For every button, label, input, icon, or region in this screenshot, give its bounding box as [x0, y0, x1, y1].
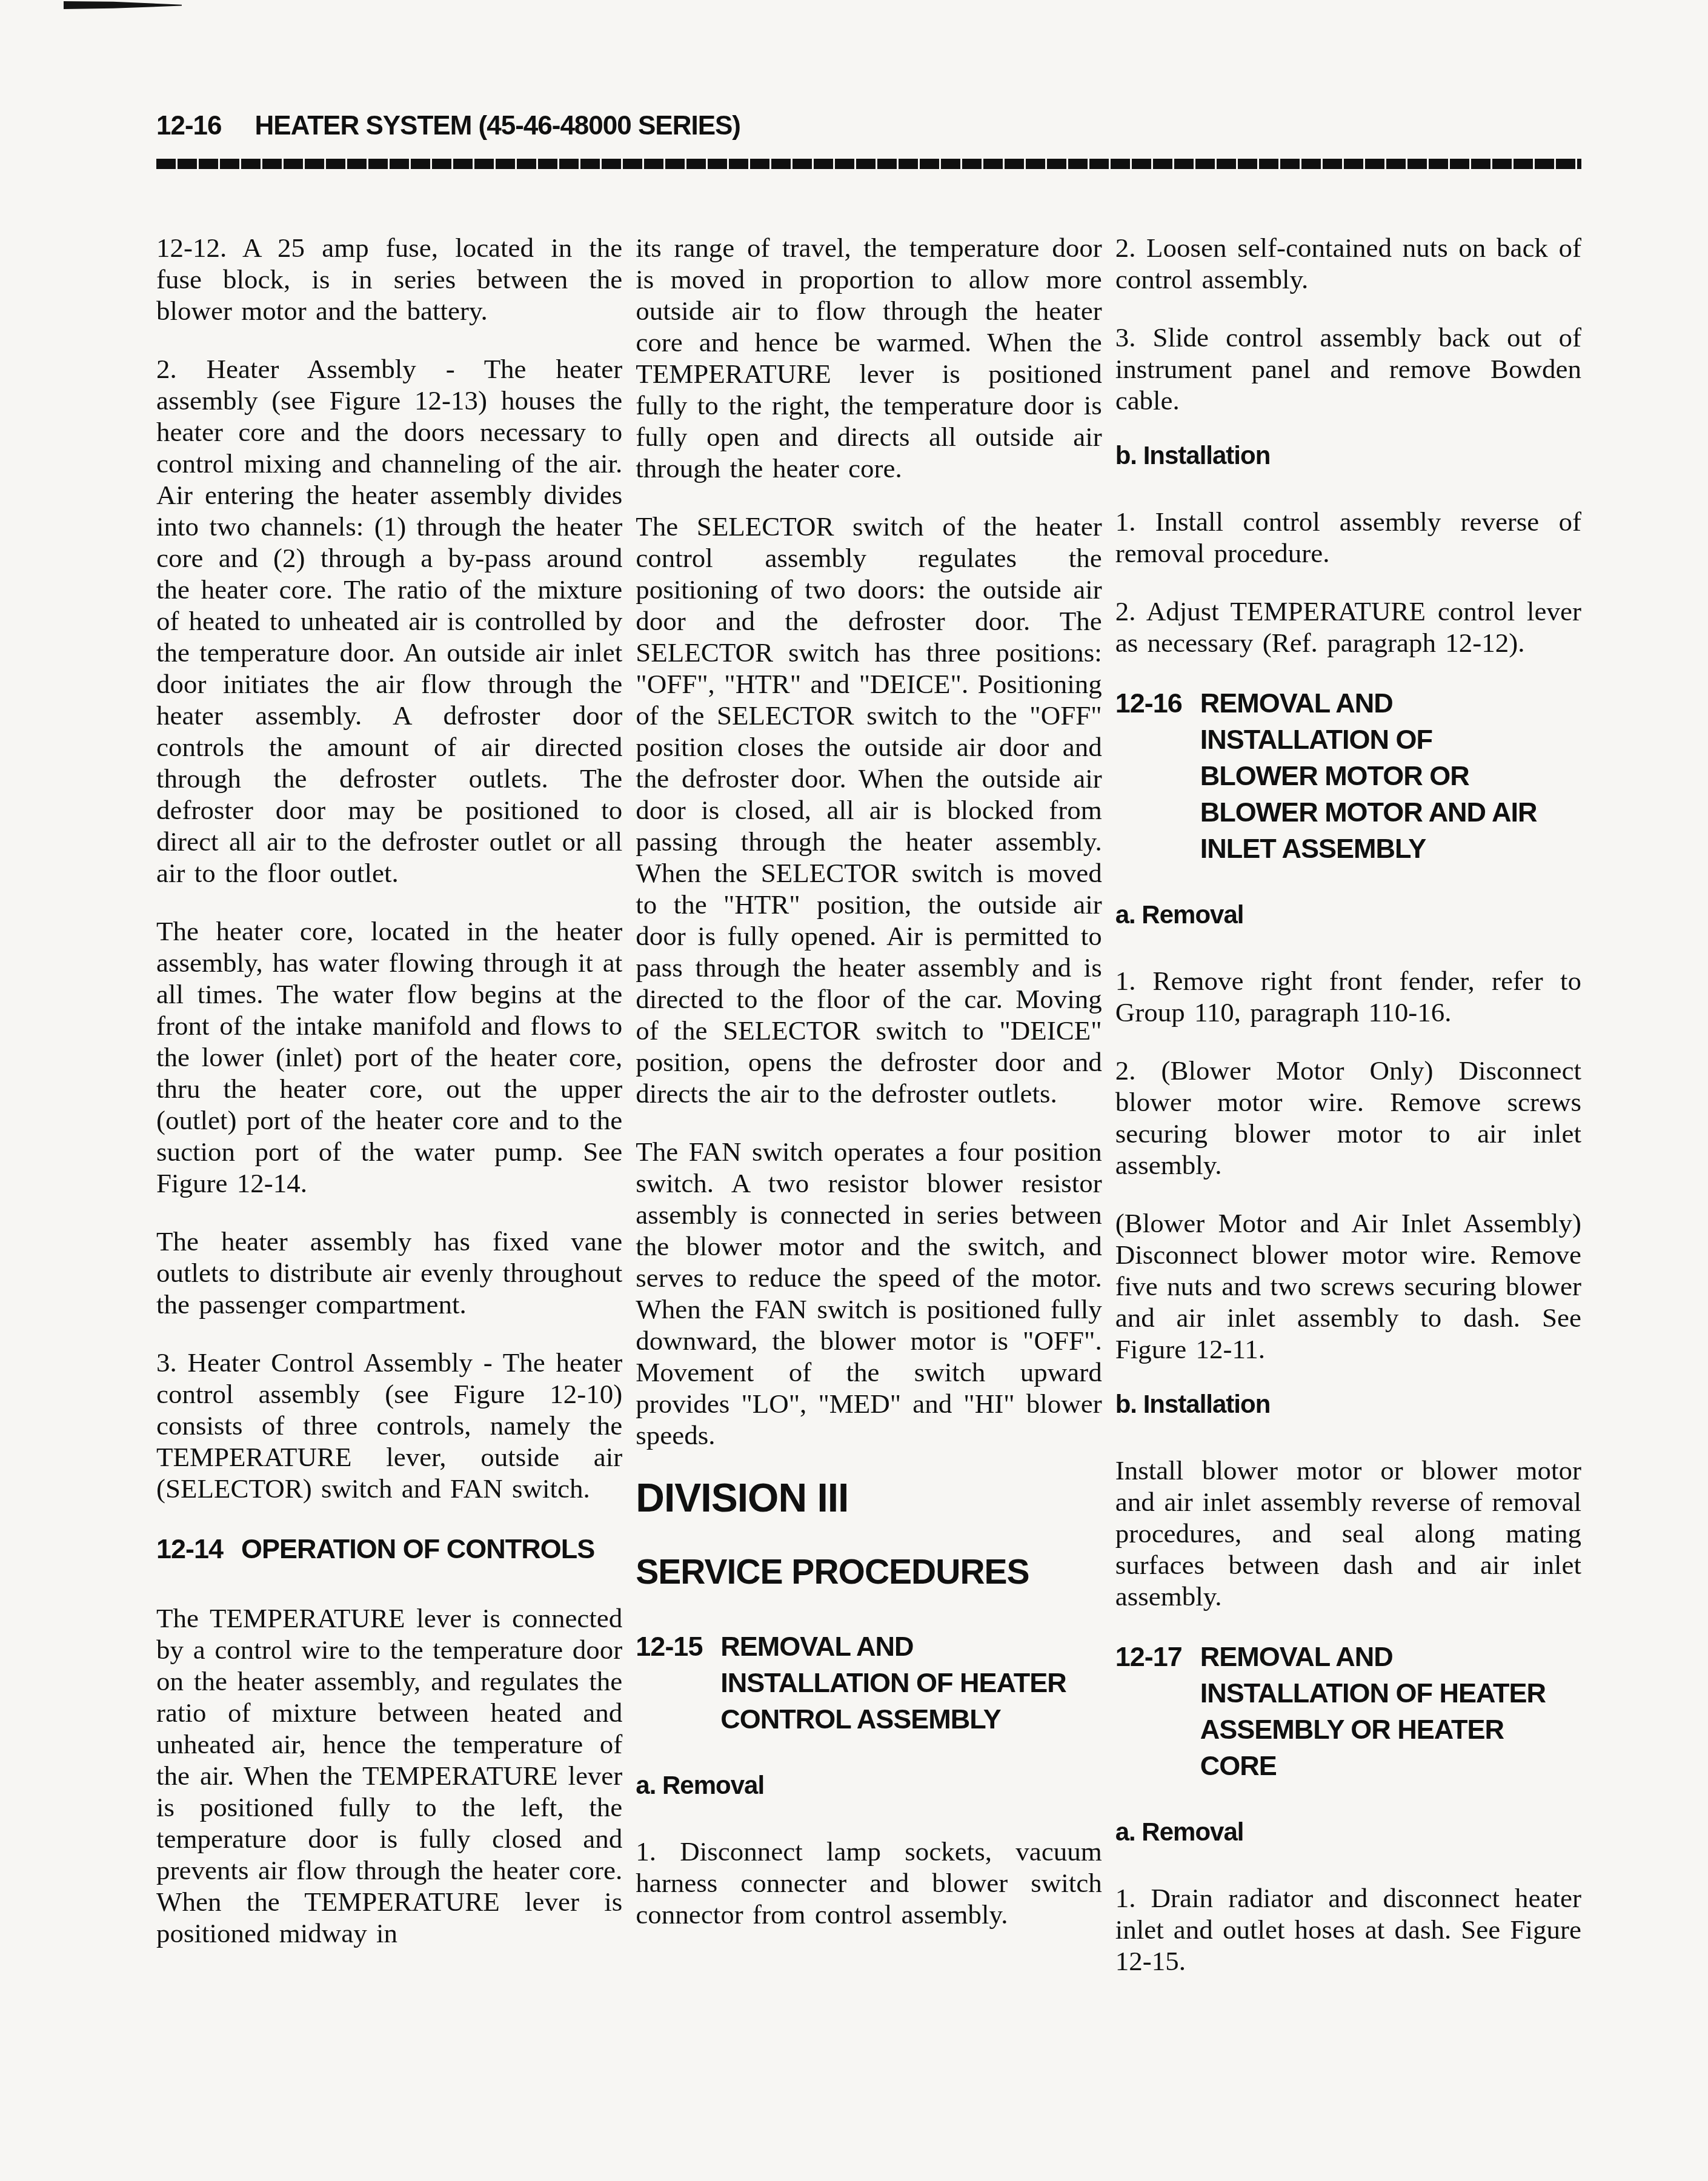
paragraph-selector-switch: The SELECTOR switch of the heater contro…	[636, 511, 1102, 1109]
page-title: HEATER SYSTEM (45-46-48000 SERIES)	[255, 111, 740, 141]
paragraph-disconnect-lamp-sockets: 1. Disconnect lamp sockets, vacuum harne…	[636, 1836, 1102, 1930]
section-heading-12-14: 12-14 OPERATION OF CONTROLS	[156, 1531, 622, 1567]
column-3: 2. Loosen self-contained nuts on back of…	[1115, 232, 1581, 2003]
service-procedures-heading: SERVICE PROCEDURES	[636, 1555, 1102, 1590]
paragraph-heater-assembly: 2. Heater Assembly - The heater assembly…	[156, 353, 622, 889]
column-2: its range of travel, the temperature doo…	[636, 232, 1102, 2003]
subheading-removal: a. Removal	[1115, 902, 1581, 928]
paragraph-fuse: 12-12. A 25 amp fuse, located in the fus…	[156, 232, 622, 327]
section-number: 12-15	[636, 1628, 720, 1665]
paragraph-loosen-nuts: 2. Loosen self-contained nuts on back of…	[1115, 232, 1581, 295]
subheading-installation: b. Installation	[1115, 443, 1581, 468]
paragraph-slide-control: 3. Slide control assembly back out of in…	[1115, 322, 1581, 416]
column-1: 12-12. A 25 amp fuse, located in the fus…	[156, 232, 622, 2003]
paragraph-drain-radiator: 1. Drain radiator and disconnect heater …	[1115, 1882, 1581, 1977]
paragraph-adjust-temperature: 2. Adjust TEMPERATURE control lever as n…	[1115, 596, 1581, 659]
paragraph-temperature-lever: The TEMPERATURE lever is connected by a …	[156, 1602, 622, 1949]
paragraph-install-control: 1. Install control assembly reverse of r…	[1115, 506, 1581, 569]
paragraph-install-blower: Install blower motor or blower motor and…	[1115, 1455, 1581, 1612]
section-title: OPERATION OF CONTROLS	[241, 1531, 622, 1567]
paragraph-range-of-travel: its range of travel, the temperature doo…	[636, 232, 1102, 484]
section-title: REMOVAL AND INSTALLATION OF BLOWER MOTOR…	[1200, 685, 1581, 867]
paragraph-remove-fender: 1. Remove right front fender, refer to G…	[1115, 965, 1581, 1028]
section-heading-12-15: 12-15 REMOVAL AND INSTALLATION OF HEATER…	[636, 1628, 1102, 1738]
section-number: 12-16	[1115, 685, 1200, 722]
section-number: 12-17	[1115, 1639, 1200, 1675]
content-columns: 12-12. A 25 amp fuse, located in the fus…	[156, 232, 1581, 2003]
scan-artifact-streak	[64, 1, 182, 9]
manual-page: 12-16HEATER SYSTEM (45-46-48000 SERIES) …	[0, 0, 1708, 2181]
header-rule	[156, 159, 1581, 169]
paragraph-heater-core: The heater core, located in the heater a…	[156, 915, 622, 1199]
subheading-removal: a. Removal	[636, 1773, 1102, 1798]
section-title: REMOVAL AND INSTALLATION OF HEATER CONTR…	[720, 1628, 1102, 1738]
division-heading: DIVISION III	[636, 1478, 1102, 1518]
paragraph-fan-switch: The FAN switch operates a four position …	[636, 1136, 1102, 1451]
paragraph-blower-and-air-inlet: (Blower Motor and Air Inlet Assembly) Di…	[1115, 1207, 1581, 1365]
paragraph-fixed-vane: The heater assembly has fixed vane outle…	[156, 1226, 622, 1320]
page-number: 12-16	[156, 111, 222, 141]
section-title: REMOVAL AND INSTALLATION OF HEATER ASSEM…	[1200, 1639, 1581, 1784]
paragraph-control-assembly: 3. Heater Control Assembly - The heater …	[156, 1347, 622, 1504]
subheading-installation: b. Installation	[1115, 1392, 1581, 1417]
paragraph-blower-motor-only: 2. (Blower Motor Only) Disconnect blower…	[1115, 1055, 1581, 1181]
section-heading-12-17: 12-17 REMOVAL AND INSTALLATION OF HEATER…	[1115, 1639, 1581, 1784]
subheading-removal: a. Removal	[1115, 1819, 1581, 1845]
section-number: 12-14	[156, 1531, 241, 1567]
section-heading-12-16: 12-16 REMOVAL AND INSTALLATION OF BLOWER…	[1115, 685, 1581, 867]
page-header: 12-16HEATER SYSTEM (45-46-48000 SERIES)	[156, 113, 740, 139]
